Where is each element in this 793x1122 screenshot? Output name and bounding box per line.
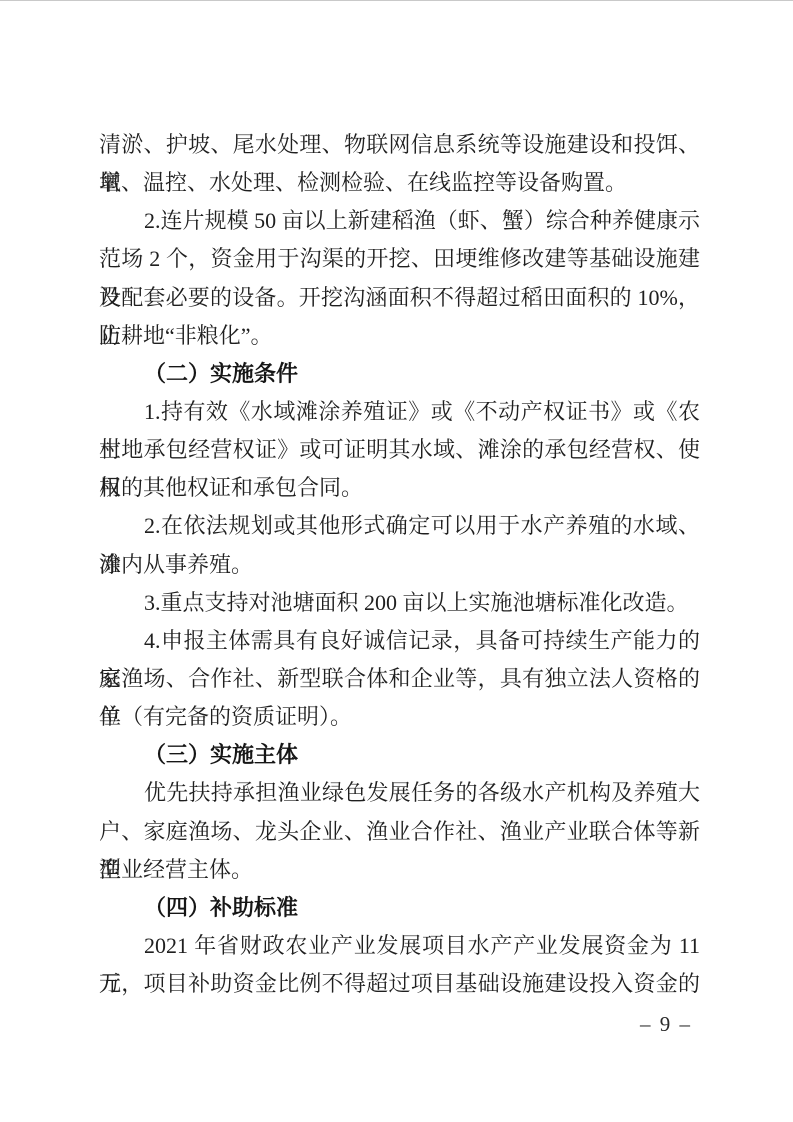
text-line: 土地承包经营权证》或可证明其水域、滩涂的承包经营权、使用 — [99, 431, 700, 469]
text-line: 2.在依法规划或其他形式确定可以用于水产养殖的水域、滩 — [99, 507, 700, 545]
text-line: 止耕地“非粮化”。 — [99, 317, 700, 355]
page-number: – 9 – — [640, 1012, 692, 1037]
text-line: 范场 2 个，资金用于沟渠的开挖、田埂维修改建等基础设施建设 — [99, 240, 700, 278]
text-line: 元，项目补助资金比例不得超过项目基础设施建设投入资金的 — [99, 965, 700, 1003]
text-line: 3.重点支持对池塘面积 200 亩以上实施池塘标准化改造。 — [99, 584, 700, 622]
section-heading-implementation-entities: （三）实施主体 — [99, 736, 700, 774]
text-line: 优先扶持承担渔业绿色发展任务的各级水产机构及养殖大 — [99, 774, 700, 812]
text-line: 2.连片规模 50 亩以上新建稻渔（虾、蟹）综合种养健康示 — [99, 202, 700, 240]
text-line: 权的其他权证和承包合同。 — [99, 469, 700, 507]
text-line: 4.申报主体需具有良好诚信记录，具备可持续生产能力的家 — [99, 622, 700, 660]
document-body: 清淤、护坡、尾水处理、物联网信息系统等设施建设和投饵、增 氧、温控、水处理、检测… — [99, 126, 700, 1003]
text-line: 1.持有效《水域滩涂养殖证》或《不动产权证书》或《农村 — [99, 393, 700, 431]
document-page: 清淤、护坡、尾水处理、物联网信息系统等设施建设和投饵、增 氧、温控、水处理、检测… — [0, 0, 793, 1122]
section-heading-implementation-conditions: （二）实施条件 — [99, 355, 700, 393]
text-line: 2021 年省财政农业产业发展项目水产产业发展资金为 11 万 — [99, 927, 700, 965]
text-line: 渔业经营主体。 — [99, 851, 700, 889]
text-line: 位（有完备的资质证明）。 — [99, 698, 700, 736]
text-line: 氧、温控、水处理、检测检验、在线监控等设备购置。 — [99, 164, 700, 202]
page-top-edge — [0, 0, 793, 1]
text-line: 户、家庭渔场、龙头企业、渔业合作社、渔业产业联合体等新型 — [99, 813, 700, 851]
section-heading-subsidy-standard: （四）补助标准 — [99, 889, 700, 927]
text-line: 庭渔场、合作社、新型联合体和企业等，具有独立法人资格的单 — [99, 660, 700, 698]
text-line: 涂内从事养殖。 — [99, 546, 700, 584]
text-line: 清淤、护坡、尾水处理、物联网信息系统等设施建设和投饵、增 — [99, 126, 700, 164]
text-line: 及配套必要的设备。开挖沟涵面积不得超过稻田面积的 10%，防 — [99, 279, 700, 317]
